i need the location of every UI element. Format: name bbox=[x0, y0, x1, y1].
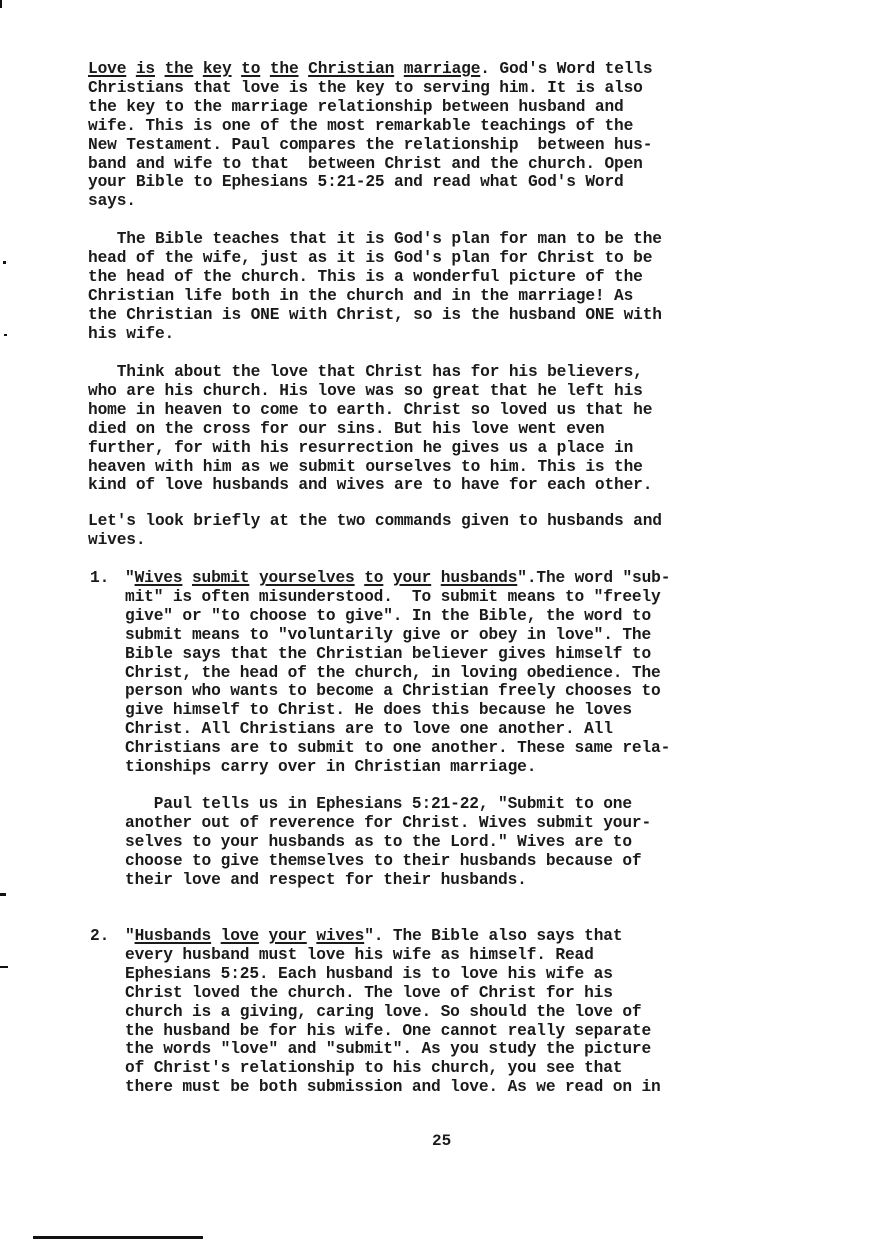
text-line: the key to the marriage relationship bet… bbox=[88, 98, 624, 117]
text-line: the head of the church. This is a wonder… bbox=[88, 268, 643, 287]
list-marker: 2. bbox=[90, 927, 109, 946]
text-line: Christians that love is the key to servi… bbox=[88, 79, 643, 98]
text-segment bbox=[431, 569, 441, 587]
text-line: selves to your husbands as to the Lord."… bbox=[125, 833, 632, 852]
underlined-phrase: Wives bbox=[135, 569, 183, 587]
text-line: Love is the key to the Christian marriag… bbox=[88, 60, 652, 79]
document-page: Love is the key to the Christian marriag… bbox=[0, 0, 872, 1239]
scan-artifact-left-2 bbox=[4, 334, 7, 336]
text-line: Ephesians 5:25. Each husband is to love … bbox=[125, 965, 613, 984]
scan-artifact-left-4 bbox=[0, 966, 8, 968]
text-segment bbox=[182, 569, 192, 587]
underlined-phrase: love bbox=[221, 927, 259, 945]
text-segment bbox=[260, 60, 270, 78]
text-segment bbox=[232, 60, 242, 78]
text-segment bbox=[259, 927, 269, 945]
text-line: Christian life both in the church and in… bbox=[88, 287, 633, 306]
text-segment bbox=[126, 60, 136, 78]
scan-artifact-left-3 bbox=[0, 893, 6, 896]
text-line: "Husbands love your wives". The Bible al… bbox=[125, 927, 622, 946]
text-line: Christians are to submit to one another.… bbox=[125, 739, 670, 758]
text-segment bbox=[383, 569, 393, 587]
text-line: his wife. bbox=[88, 325, 174, 344]
text-segment bbox=[299, 60, 309, 78]
text-segment: . God's Word tells bbox=[480, 60, 652, 78]
text-line: the Christian is ONE with Christ, so is … bbox=[88, 306, 662, 325]
underlined-phrase: the bbox=[270, 60, 299, 78]
text-line: Think about the love that Christ has for… bbox=[88, 363, 643, 382]
text-line: New Testament. Paul compares the relatio… bbox=[88, 136, 652, 155]
text-segment: " bbox=[125, 569, 135, 587]
text-line: kind of love husbands and wives are to h… bbox=[88, 476, 652, 495]
underlined-phrase: to bbox=[241, 60, 260, 78]
text-segment bbox=[193, 60, 203, 78]
text-line: the words "love" and "submit". As you st… bbox=[125, 1040, 651, 1059]
text-line: their love and respect for their husband… bbox=[125, 871, 527, 890]
text-line: heaven with him as we submit ourselves t… bbox=[88, 458, 643, 477]
text-line: Paul tells us in Ephesians 5:21-22, "Sub… bbox=[125, 795, 632, 814]
text-line: home in heaven to come to earth. Christ … bbox=[88, 401, 652, 420]
text-segment: ". The Bible also says that bbox=[364, 927, 622, 945]
text-line: church is a giving, caring love. So shou… bbox=[125, 1003, 641, 1022]
text-segment: " bbox=[125, 927, 135, 945]
text-line: the husband be for his wife. One cannot … bbox=[125, 1022, 651, 1041]
text-line: give himself to Christ. He does this bec… bbox=[125, 701, 632, 720]
underlined-phrase: submit bbox=[192, 569, 249, 587]
underlined-phrase: Husbands bbox=[135, 927, 212, 945]
text-line: band and wife to that between Christ and… bbox=[88, 155, 643, 174]
underlined-phrase: Love bbox=[88, 60, 126, 78]
text-line: give" or "to choose to give". In the Bib… bbox=[125, 607, 651, 626]
underlined-phrase: key bbox=[203, 60, 232, 78]
scan-artifact-top-left bbox=[0, 0, 2, 8]
page-number: 25 bbox=[432, 1132, 451, 1150]
text-line: The Bible teaches that it is God's plan … bbox=[88, 230, 662, 249]
text-segment bbox=[155, 60, 165, 78]
text-line: head of the wife, just as it is God's pl… bbox=[88, 249, 652, 268]
text-line: Let's look briefly at the two commands g… bbox=[88, 512, 662, 531]
underlined-phrase: wives bbox=[316, 927, 364, 945]
text-line: died on the cross for our sins. But his … bbox=[88, 420, 604, 439]
underlined-phrase: to bbox=[364, 569, 383, 587]
underlined-phrase: husbands bbox=[441, 569, 518, 587]
text-line: wives. bbox=[88, 531, 145, 550]
underlined-phrase: your bbox=[393, 569, 431, 587]
text-segment bbox=[249, 569, 259, 587]
text-line: your Bible to Ephesians 5:21-25 and read… bbox=[88, 173, 624, 192]
underlined-phrase: your bbox=[269, 927, 307, 945]
text-line: tionships carry over in Christian marria… bbox=[125, 758, 536, 777]
underlined-phrase: marriage bbox=[404, 60, 481, 78]
text-line: mit" is often misunderstood. To submit m… bbox=[125, 588, 661, 607]
underlined-phrase: the bbox=[165, 60, 194, 78]
text-segment bbox=[307, 927, 317, 945]
text-line: who are his church. His love was so grea… bbox=[88, 382, 643, 401]
text-line: submit means to "voluntarily give or obe… bbox=[125, 626, 651, 645]
text-line: Christ, the head of the church, in lovin… bbox=[125, 664, 661, 683]
text-line: Christ. All Christians are to love one a… bbox=[125, 720, 613, 739]
text-line: Christ loved the church. The love of Chr… bbox=[125, 984, 613, 1003]
scan-artifact-left-1 bbox=[3, 261, 6, 264]
text-segment bbox=[394, 60, 404, 78]
underlined-phrase: yourselves bbox=[259, 569, 355, 587]
text-segment: ".The word "sub- bbox=[517, 569, 670, 587]
text-line: wife. This is one of the most remarkable… bbox=[88, 117, 633, 136]
text-segment bbox=[211, 927, 221, 945]
text-line: another out of reverence for Christ. Wiv… bbox=[125, 814, 651, 833]
underlined-phrase: Christian bbox=[308, 60, 394, 78]
text-line: there must be both submission and love. … bbox=[125, 1078, 661, 1097]
text-line: of Christ's relationship to his church, … bbox=[125, 1059, 622, 1078]
underlined-phrase: is bbox=[136, 60, 155, 78]
text-line: Bible says that the Christian believer g… bbox=[125, 645, 651, 664]
text-line: says. bbox=[88, 192, 136, 211]
text-line: every husband must love his wife as hims… bbox=[125, 946, 594, 965]
text-line: choose to give themselves to their husba… bbox=[125, 852, 641, 871]
text-line: "Wives submit yourselves to your husband… bbox=[125, 569, 670, 588]
list-marker: 1. bbox=[90, 569, 109, 588]
text-line: person who wants to become a Christian f… bbox=[125, 682, 661, 701]
text-line: further, for with his resurrection he gi… bbox=[88, 439, 633, 458]
text-segment bbox=[355, 569, 365, 587]
